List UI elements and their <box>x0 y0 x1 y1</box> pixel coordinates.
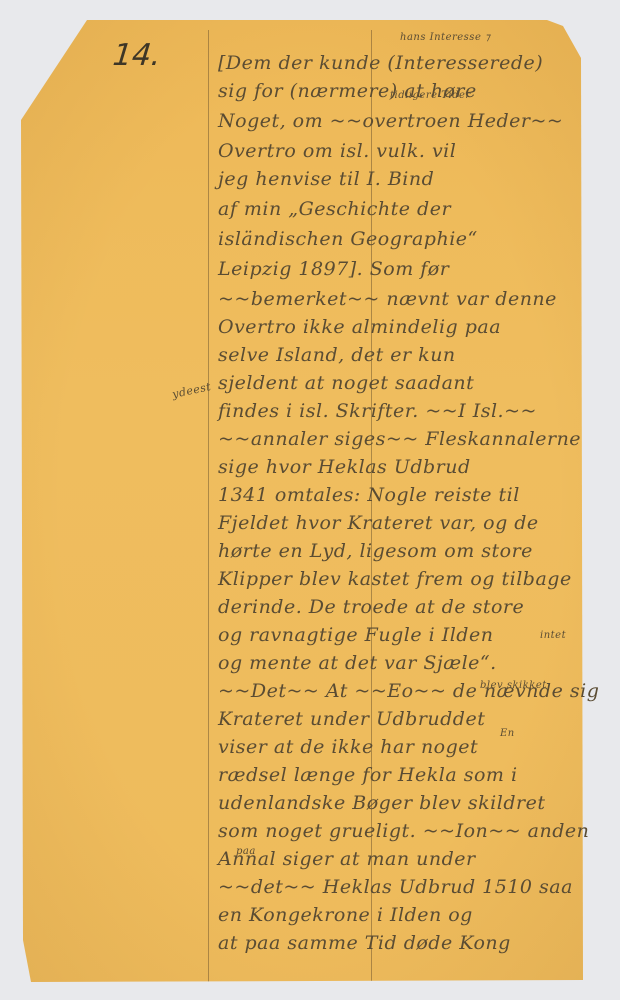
interlinear-note-top: hans Interesse ⁊ <box>400 32 491 43</box>
text-line: findes i isl. Skrifter. ~~I Isl.~~ <box>218 400 537 422</box>
text-line: isländischen Geographie“ <box>218 228 478 250</box>
page-number: 14. <box>111 38 162 73</box>
text-line: og mente at det var Sjæle“. <box>218 652 497 674</box>
text-line: ~~Det~~ At ~~Eo~~ de nævnde sig <box>218 680 599 702</box>
text-line: sjeldent at noget saadant <box>218 372 474 394</box>
text-line: som noget grueligt. ~~Ion~~ anden <box>218 820 589 842</box>
text-line: Krateret under Udbruddet <box>218 708 485 730</box>
text-line: Fjeldet hvor Krateret var, og de <box>218 512 539 534</box>
text-line: viser at de ikke har noget <box>218 736 478 758</box>
text-line: Overtro om isl. vulk. vil <box>218 140 456 162</box>
text-line: rædsel længe for Hekla som i <box>218 764 518 786</box>
text-line: derinde. De troede at de store <box>218 596 524 618</box>
text-line: Leipzig 1897]. Som før <box>218 258 449 280</box>
text-line: jeg henvise til I. Bind <box>218 168 434 190</box>
text-line: en Kongekrone i Ilden og <box>218 904 473 926</box>
text-line: Overtro ikke almindelig paa <box>218 316 501 338</box>
text-line: selve Island, det er kun <box>218 344 456 366</box>
text-line: Klipper blev kastet frem og tilbage <box>218 568 572 590</box>
text-line: Annal siger at man under <box>218 848 476 870</box>
text-line: udenlandske Bøger blev skildret <box>218 792 545 814</box>
interlinear-note-line19: intet <box>540 630 566 641</box>
text-line: sige hvor Heklas Udbrud <box>218 456 471 478</box>
text-line: sig for (nærmere) at høre <box>218 80 477 102</box>
text-line: ~~annaler siges~~ Fleskannalerne <box>218 428 581 450</box>
text-line: 1341 omtales: Nogle reiste til <box>218 484 520 506</box>
text-line: og ravnagtige Fugle i Ilden <box>218 624 493 646</box>
text-line: at paa samme Tid døde Kong <box>218 932 511 954</box>
text-line: Noget, om ~~overtroen Heder~~ <box>218 110 563 132</box>
text-line: hørte en Lyd, ligesom om store <box>218 540 533 562</box>
text-line: [Dem der kunde (Interesserede) <box>218 52 543 74</box>
text-line: ~~bemerket~~ nævnt var denne <box>218 288 557 310</box>
ruled-line-left <box>208 30 209 982</box>
interlinear-note-line23: En <box>500 728 515 739</box>
text-line: ~~det~~ Heklas Udbrud 1510 saa <box>218 876 573 898</box>
text-line: af min „Geschichte der <box>218 198 451 220</box>
